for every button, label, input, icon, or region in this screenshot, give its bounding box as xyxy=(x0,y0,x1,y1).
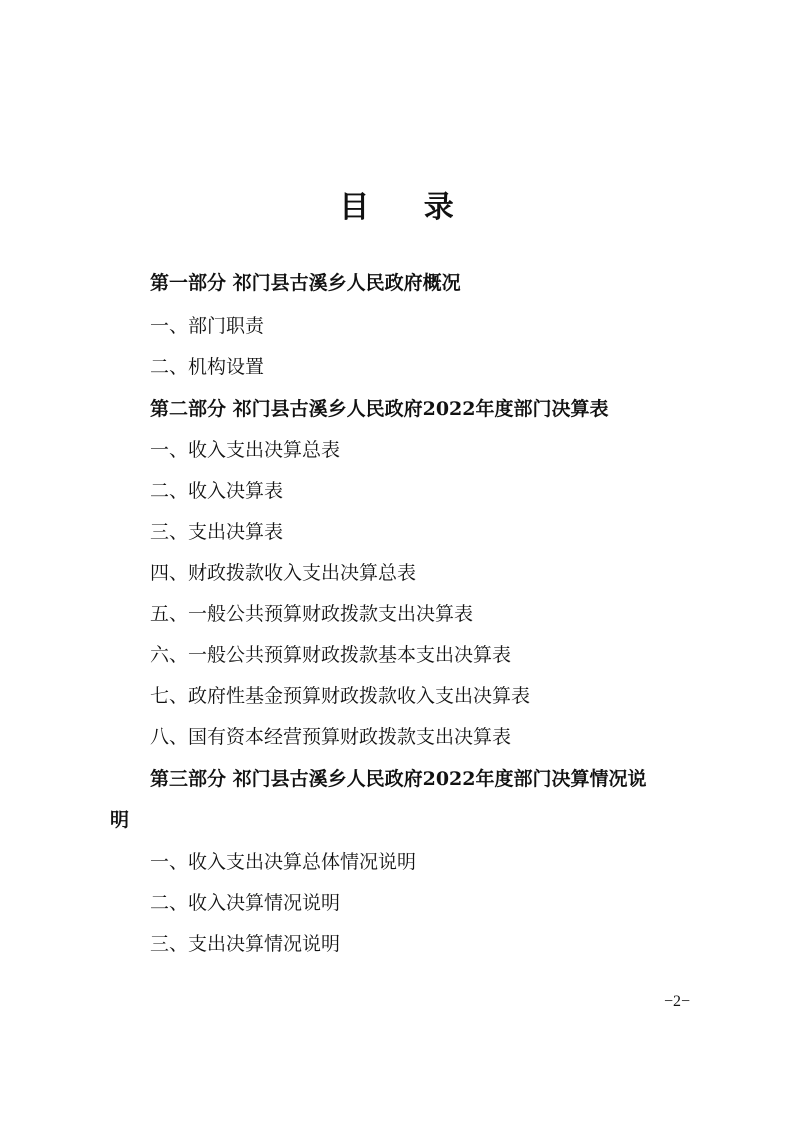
toc-part-2: 第二部分 祁门县古溪乡人民政府2022年度部门决算表 xyxy=(150,394,609,421)
toc-item: 三、支出决算情况说明 xyxy=(150,929,340,956)
toc-item: 七、政府性基金预算财政拨款收入支出决算表 xyxy=(150,681,530,708)
toc-item: 二、机构设置 xyxy=(150,352,264,379)
page-number: −2− xyxy=(664,993,690,1011)
toc-item: 六、一般公共预算财政拨款基本支出决算表 xyxy=(150,640,511,667)
toc-item: 八、国有资本经营预算财政拨款支出决算表 xyxy=(150,722,511,749)
toc-item: 三、支出决算表 xyxy=(150,517,283,544)
toc-item: 二、收入决算情况说明 xyxy=(150,888,340,915)
toc-part-3: 第三部分 祁门县古溪乡人民政府2022年度部门决算情况说 xyxy=(150,764,647,791)
toc-item: 五、一般公共预算财政拨款支出决算表 xyxy=(150,599,473,626)
toc-part-1: 第一部分 祁门县古溪乡人民政府概况 xyxy=(150,268,461,295)
toc-item: 二、收入决算表 xyxy=(150,476,283,503)
toc-part-3-wrap: 明 xyxy=(110,805,129,832)
page-title: 目 录 xyxy=(0,182,793,226)
toc-item: 一、收入支出决算总表 xyxy=(150,435,340,462)
toc-item: 一、部门职责 xyxy=(150,311,264,338)
toc-item: 一、收入支出决算总体情况说明 xyxy=(150,847,416,874)
toc-item: 四、财政拨款收入支出决算总表 xyxy=(150,558,416,585)
